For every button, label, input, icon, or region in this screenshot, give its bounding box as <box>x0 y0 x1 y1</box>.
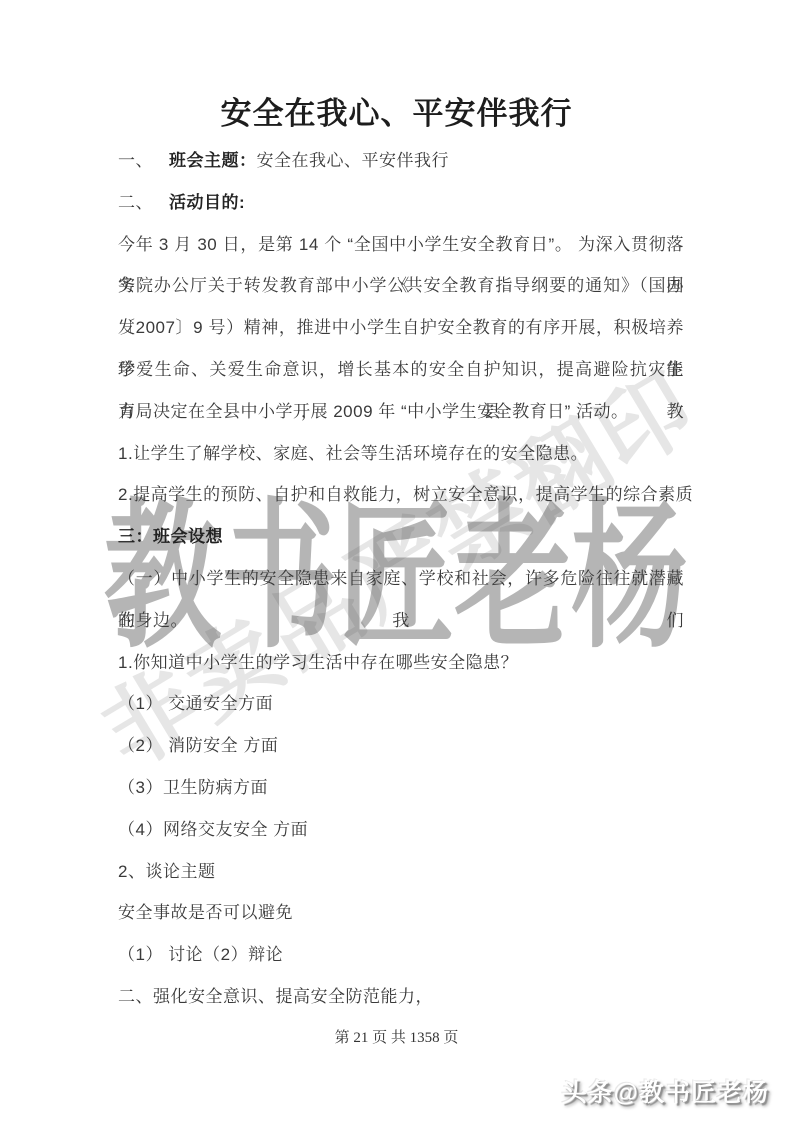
text-line: 〔2007〕9 号）精神，推进中小学生自护安全教育的有序开展，积极培养学生 <box>118 307 684 349</box>
text-line: 1.让学生了解学校、家庭、社会等生活环境存在的安全隐患。 <box>118 433 684 475</box>
text-segment: 2.提高学生的预防、自护和自救能力，树立安全意识，提高学生的综合素质 <box>118 485 693 504</box>
document-title: 安全在我心、平安伴我行 <box>0 94 793 134</box>
document-page: 非卖品严禁翻印 教书匠老杨 安全在我心、平安伴我行 一、班会主题：安全在我心、平… <box>0 0 793 1122</box>
text-line: （4）网络交友安全 方面 <box>118 809 684 851</box>
text-segment: 1.让学生了解学校、家庭、社会等生活环境存在的安全隐患。 <box>118 444 588 463</box>
text-segment: 2、谈论主题 <box>118 862 215 881</box>
text-segment: 安全事故是否可以避免 <box>118 903 293 922</box>
text-segment: 二、 <box>118 193 153 212</box>
text-line: 育局决定在全县中小学开展 2009 年 “中小学生安全教育日” 活动。 <box>118 391 684 433</box>
text-line: （1） 讨论（2）辩论 <box>118 934 684 976</box>
text-line: 二、强化安全意识、提高安全防范能力， <box>118 976 684 1018</box>
text-line: 务院办公厅关于转发教育部中小学公共安全教育指导纲要的通知》（国办发 <box>118 265 684 307</box>
text-segment: 的身边。 <box>118 611 188 630</box>
text-segment: 二、强化安全意识、提高安全防范能力， <box>118 987 433 1006</box>
document-body: 一、班会主题：安全在我心、平安伴我行二、活动目的:今年 3 月 30 日，是第 … <box>118 140 684 1018</box>
document-content: 安全在我心、平安伴我行 一、班会主题：安全在我心、平安伴我行二、活动目的:今年 … <box>0 0 793 1122</box>
text-segment: 一、 <box>118 151 153 170</box>
text-line: 安全事故是否可以避免 <box>118 892 684 934</box>
text-segment: 安全在我心、平安伴我行 <box>257 151 450 170</box>
text-line: 2.提高学生的预防、自护和自救能力，树立安全意识，提高学生的综合素质 <box>118 474 684 516</box>
text-line: 一、班会主题：安全在我心、平安伴我行 <box>118 140 684 182</box>
page-number-footer: 第 21 页 共 1358 页 <box>0 1028 793 1048</box>
text-line: （3）卫生防病方面 <box>118 767 684 809</box>
text-line: （2） 消防安全 方面 <box>118 725 684 767</box>
text-line: （一）中小学生的安全隐患来自家庭、学校和社会，许多危险往往就潜藏在我们 <box>118 558 684 600</box>
text-segment: 活动目的: <box>169 193 245 212</box>
text-line: 二、活动目的: <box>118 182 684 224</box>
text-line: 2、谈论主题 <box>118 851 684 893</box>
text-line: 珍爱生命、关爱生命意识，增长基本的安全自护知识，提高避险抗灾能力，县教 <box>118 349 684 391</box>
text-segment: （2） 消防安全 方面 <box>118 736 278 755</box>
text-line: 三：班会设想 <box>118 516 684 558</box>
text-segment: 班会主题： <box>169 151 257 170</box>
text-segment: （1） 讨论（2）辩论 <box>118 945 283 964</box>
text-segment: 三：班会设想 <box>118 527 223 546</box>
text-segment: 1.你知道中小学生的学习生活中存在哪些安全隐患？ <box>118 653 518 672</box>
text-segment: （3）卫生防病方面 <box>118 778 268 797</box>
text-line: 今年 3 月 30 日，是第 14 个 “全国中小学生安全教育日”。 为深入贯彻… <box>118 224 684 266</box>
text-line: 1.你知道中小学生的学习生活中存在哪些安全隐患？ <box>118 642 684 684</box>
text-segment: （一）中小学生的安全隐患来自家庭、学校和社会，许多危险往往就潜藏在我们 <box>118 569 684 630</box>
text-segment: 育局决定在全县中小学开展 2009 年 “中小学生安全教育日” 活动。 <box>118 402 629 421</box>
text-segment: （1） 交通安全方面 <box>118 694 273 713</box>
text-segment: （4）网络交友安全 方面 <box>118 820 308 839</box>
toutiao-watermark-badge: 头条@教书匠老杨 <box>562 1078 769 1108</box>
text-line: （1） 交通安全方面 <box>118 683 684 725</box>
